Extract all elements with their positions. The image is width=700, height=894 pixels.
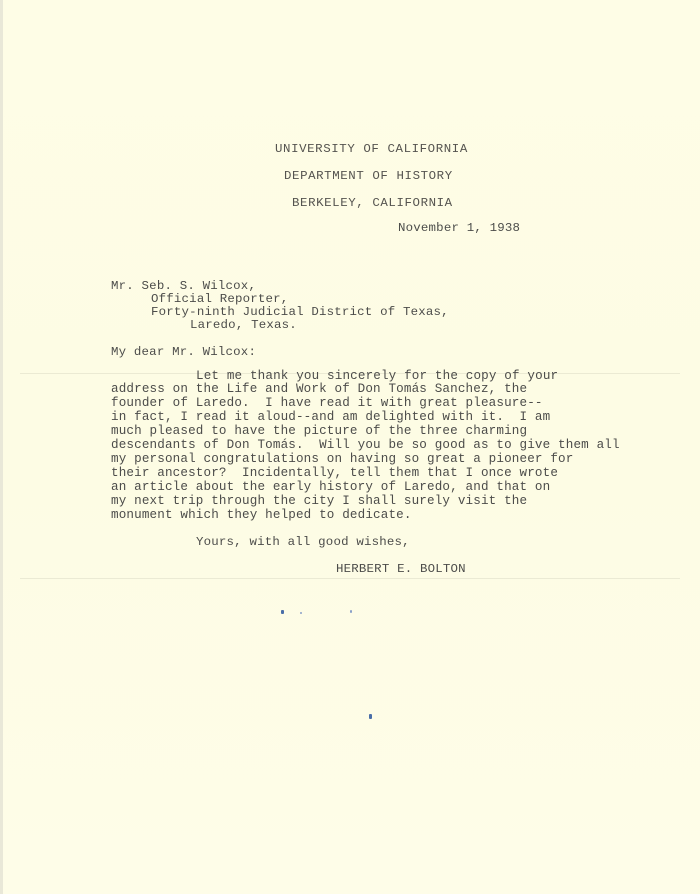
body-line: monument which they helped to dedicate.: [111, 509, 412, 522]
body-line: my personal congratulations on having so…: [111, 453, 573, 466]
recipient-city: Laredo, Texas.: [190, 319, 297, 332]
paper-edge: [0, 0, 3, 894]
ink-mark: [350, 610, 352, 613]
body-line: much pleased to have the picture of the …: [111, 425, 527, 438]
body-line: my next trip through the city I shall su…: [111, 495, 527, 508]
salutation: My dear Mr. Wilcox:: [111, 346, 256, 359]
body-line: founder of Laredo. I have read it with g…: [111, 397, 543, 410]
ink-mark: [281, 610, 284, 614]
letter-date: November 1, 1938: [398, 222, 520, 235]
ink-mark: [300, 612, 302, 614]
letter-paper: UNIVERSITY OF CALIFORNIA DEPARTMENT OF H…: [0, 0, 700, 894]
body-line: their ancestor? Incidentally, tell them …: [111, 467, 558, 480]
body-line: in fact, I read it aloud--and am delight…: [111, 411, 550, 424]
letterhead-university: UNIVERSITY OF CALIFORNIA: [275, 143, 468, 156]
body-line: an article about the early history of La…: [111, 481, 550, 494]
fold-crease: [20, 578, 680, 579]
ink-mark: [369, 714, 372, 719]
letterhead-city: BERKELEY, CALIFORNIA: [292, 197, 453, 210]
body-line: address on the Life and Work of Don Tomá…: [111, 383, 527, 396]
body-line: descendants of Don Tomás. Will you be so…: [111, 439, 620, 452]
signature-name: HERBERT E. BOLTON: [336, 563, 466, 576]
closing: Yours, with all good wishes,: [196, 536, 410, 549]
letterhead-department: DEPARTMENT OF HISTORY: [284, 170, 453, 183]
